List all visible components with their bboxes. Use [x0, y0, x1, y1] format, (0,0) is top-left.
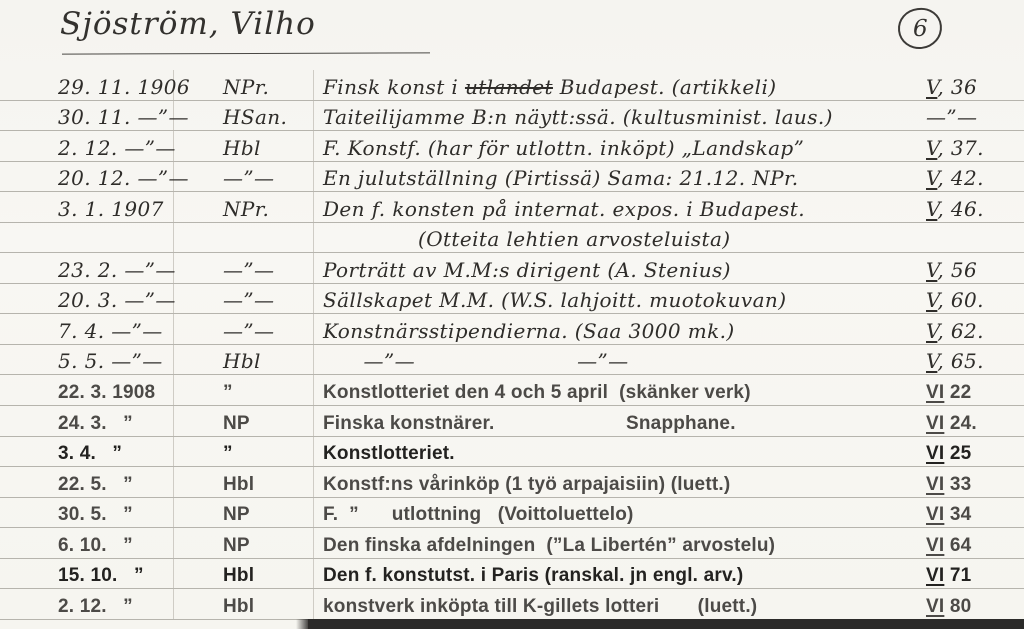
reference-page: , 46. [937, 197, 984, 221]
reference-volume: V [926, 166, 937, 190]
reference-volume: V [926, 258, 937, 282]
entry-text: Konstnärsstipendierna. (Saa 3000 mk.) [323, 318, 926, 344]
entry-date: 3. 4. ” [58, 441, 223, 466]
entry-reference: VI 33 [926, 472, 1018, 497]
entry-date: 2. 12. ” [58, 594, 223, 619]
entry-text: Den f. konsten på internat. expos. i Bud… [323, 196, 926, 222]
entry-row: 2. 12. —”— Hbl F. Konstf. (har för utlot… [0, 131, 1024, 162]
entry-reference: VI 34 [926, 502, 1018, 527]
entries: 29. 11. 1906 NPr. Finsk konst i utlandet… [0, 70, 1024, 620]
entry-text: Porträtt av M.M:s dirigent (A. Stenius) [323, 257, 926, 283]
entry-text: Taiteilijamme B:n näytt:ssä. (kultusmini… [323, 104, 926, 130]
entry-text: Konstlotteriet den 4 och 5 april (skänke… [323, 380, 926, 405]
entry-text: Konstlotteriet. [323, 441, 926, 466]
entry-date: 15. 10. ” [58, 563, 223, 588]
entry-reference: V, 62. [926, 318, 1018, 344]
entry-row: 23. 2. —”— —”— Porträtt av M.M:s dirigen… [0, 253, 1024, 284]
reference-page: , 60. [937, 288, 984, 312]
entry-row: 3. 1. 1907 NPr. Den f. konsten på intern… [0, 192, 1024, 223]
entry-reference: VI 64 [926, 533, 1018, 558]
entry-row: 22. 3. 1908 ” Konstlotteriet den 4 och 5… [0, 375, 1024, 406]
reference-page: 33 [944, 474, 971, 495]
reference-page: , 37. [937, 136, 984, 160]
reference-volume: V [926, 75, 937, 99]
entry-row: 30. 11. —”— HSan. Taiteilijamme B:n näyt… [0, 101, 1024, 132]
entry-text: Konstf:ns vårinköp (1 työ arpajaisiin) (… [323, 472, 926, 497]
page-number: 6 [913, 16, 928, 42]
entry-text: konstverk inköpta till K-gillets lotteri… [323, 594, 926, 619]
reference-page: 64 [944, 535, 971, 556]
reference-page: 24. [944, 413, 977, 434]
entry-row: 3. 4. ” ” Konstlotteriet. VI 25 [0, 437, 1024, 468]
reference-volume: VI [926, 443, 944, 464]
entry-reference: VI 25 [926, 441, 1018, 466]
entry-source: —”— [223, 287, 323, 313]
reference-volume: VI [926, 382, 944, 403]
reference-volume: VI [926, 565, 944, 586]
entry-date: 30. 5. ” [58, 502, 223, 527]
entry-reference: V, 60. [926, 287, 1018, 313]
reference-volume: V [926, 197, 937, 221]
reference-page: , 42. [937, 166, 984, 190]
entry-reference: V, 37. [926, 135, 1018, 161]
entry-reference: —”— [926, 104, 1018, 130]
entry-text: F. Konstf. (har för utlottn. inköpt) „La… [323, 135, 926, 161]
reference-volume: VI [926, 504, 944, 525]
entry-row: (Otteita lehtien arvosteluista) [0, 223, 1024, 254]
entry-date: 22. 5. ” [58, 472, 223, 497]
entry-source: ” [223, 380, 323, 405]
entry-source: ” [223, 441, 323, 466]
entry-date: 20. 12. —”— [58, 165, 223, 191]
entry-source: NP [223, 533, 323, 558]
reference-volume: V [926, 136, 937, 160]
entry-date: 3. 1. 1907 [58, 196, 223, 222]
reference-volume: VI [926, 413, 944, 434]
entry-row: 20. 3. —”— —”— Sällskapet M.M. (W.S. lah… [0, 284, 1024, 315]
card-title: Sjöström, Vilho [60, 6, 316, 42]
entry-reference: VI 24. [926, 411, 1018, 436]
entry-date: 30. 11. —”— [58, 104, 223, 130]
entry-source: —”— [223, 318, 323, 344]
reference-page: 71 [944, 565, 971, 586]
reference-page: , 56 [937, 258, 977, 282]
reference-volume: V [926, 349, 937, 373]
entry-reference: VI 71 [926, 563, 1018, 588]
reference-page: 25 [944, 443, 971, 464]
entry-source: —”— [223, 165, 323, 191]
entry-row: 2. 12. ” Hbl konstverk inköpta till K-gi… [0, 589, 1024, 620]
entry-reference: V, 42. [926, 165, 1018, 191]
entry-date: 29. 11. 1906 [58, 74, 223, 100]
entry-source: Hbl [223, 135, 323, 161]
entry-source: NPr. [223, 74, 323, 100]
entry-date: 23. 2. —”— [58, 257, 223, 283]
entry-row: 24. 3. ” NP Finska konstnärer. Snapphane… [0, 406, 1024, 437]
entry-date: 24. 3. ” [58, 411, 223, 436]
scan-edge-bar [308, 619, 1024, 629]
reference-volume: V [926, 288, 937, 312]
entry-row: 5. 5. —”— Hbl —”— —”— V, 65. [0, 345, 1024, 376]
entry-source: NP [223, 411, 323, 436]
reference-page: , 62. [937, 319, 984, 343]
reference-page: 80 [944, 596, 971, 617]
entry-source: NP [223, 502, 323, 527]
reference-page: 34 [944, 504, 971, 525]
entry-source: Hbl [223, 472, 323, 497]
entry-reference: V, 56 [926, 257, 1018, 283]
entry-reference: V, 46. [926, 196, 1018, 222]
entry-reference: VI 80 [926, 594, 1018, 619]
entry-date: 6. 10. ” [58, 533, 223, 558]
entry-row: 29. 11. 1906 NPr. Finsk konst i utlandet… [0, 70, 1024, 101]
reference-volume: V [926, 319, 937, 343]
reference-volume: VI [926, 535, 944, 556]
entry-date: 7. 4. —”— [58, 318, 223, 344]
card-header: Sjöström, Vilho [60, 6, 316, 42]
entry-date: 2. 12. —”— [58, 135, 223, 161]
reference-page: , 65. [937, 349, 984, 373]
entry-source: Hbl [223, 594, 323, 619]
entry-source: HSan. [223, 104, 323, 130]
reference-page: 22 [944, 382, 971, 403]
entry-text: Finsk konst i utlandet Budapest. (artikk… [323, 74, 926, 100]
entry-date: 5. 5. —”— [58, 348, 223, 374]
entry-reference: VI 22 [926, 380, 1018, 405]
entry-row: 7. 4. —”— —”— Konstnärsstipendierna. (Sa… [0, 314, 1024, 345]
reference-page: —”— [926, 105, 977, 129]
entry-row: 20. 12. —”— —”— En julutställning (Pirti… [0, 162, 1024, 193]
reference-page: , 36 [937, 75, 977, 99]
entry-reference: V, 65. [926, 348, 1018, 374]
entry-date: 20. 3. —”— [58, 287, 223, 313]
entry-row: 22. 5. ” Hbl Konstf:ns vårinköp (1 työ a… [0, 467, 1024, 498]
entry-text: (Otteita lehtien arvosteluista) [323, 226, 926, 252]
entry-text: F. ” utlottning (Voittoluettelo) [323, 502, 926, 527]
entry-reference: V, 36 [926, 74, 1018, 100]
reference-volume: VI [926, 596, 944, 617]
entry-row: 15. 10. ” Hbl Den f. konstutst. i Paris … [0, 559, 1024, 590]
reference-volume: VI [926, 474, 944, 495]
entry-source: Hbl [223, 348, 323, 374]
entry-text: Den finska afdelningen (”La Libertén” ar… [323, 533, 926, 558]
entry-source: Hbl [223, 563, 323, 588]
entry-text: —”— —”— [323, 348, 926, 374]
entry-text: Den f. konstutst. i Paris (ranskal. jn e… [323, 563, 926, 588]
entry-row: 30. 5. ” NP F. ” utlottning (Voittoluett… [0, 498, 1024, 529]
entry-source: —”— [223, 257, 323, 283]
entry-text: En julutställning (Pirtissä) Sama: 21.12… [323, 165, 926, 191]
entry-text: Finska konstnärer. Snapphane. [323, 411, 926, 436]
entry-date: 22. 3. 1908 [58, 380, 223, 405]
entry-source: NPr. [223, 196, 323, 222]
entry-row: 6. 10. ” NP Den finska afdelningen (”La … [0, 528, 1024, 559]
entry-text: Sällskapet M.M. (W.S. lahjoitt. muotokuv… [323, 287, 926, 313]
